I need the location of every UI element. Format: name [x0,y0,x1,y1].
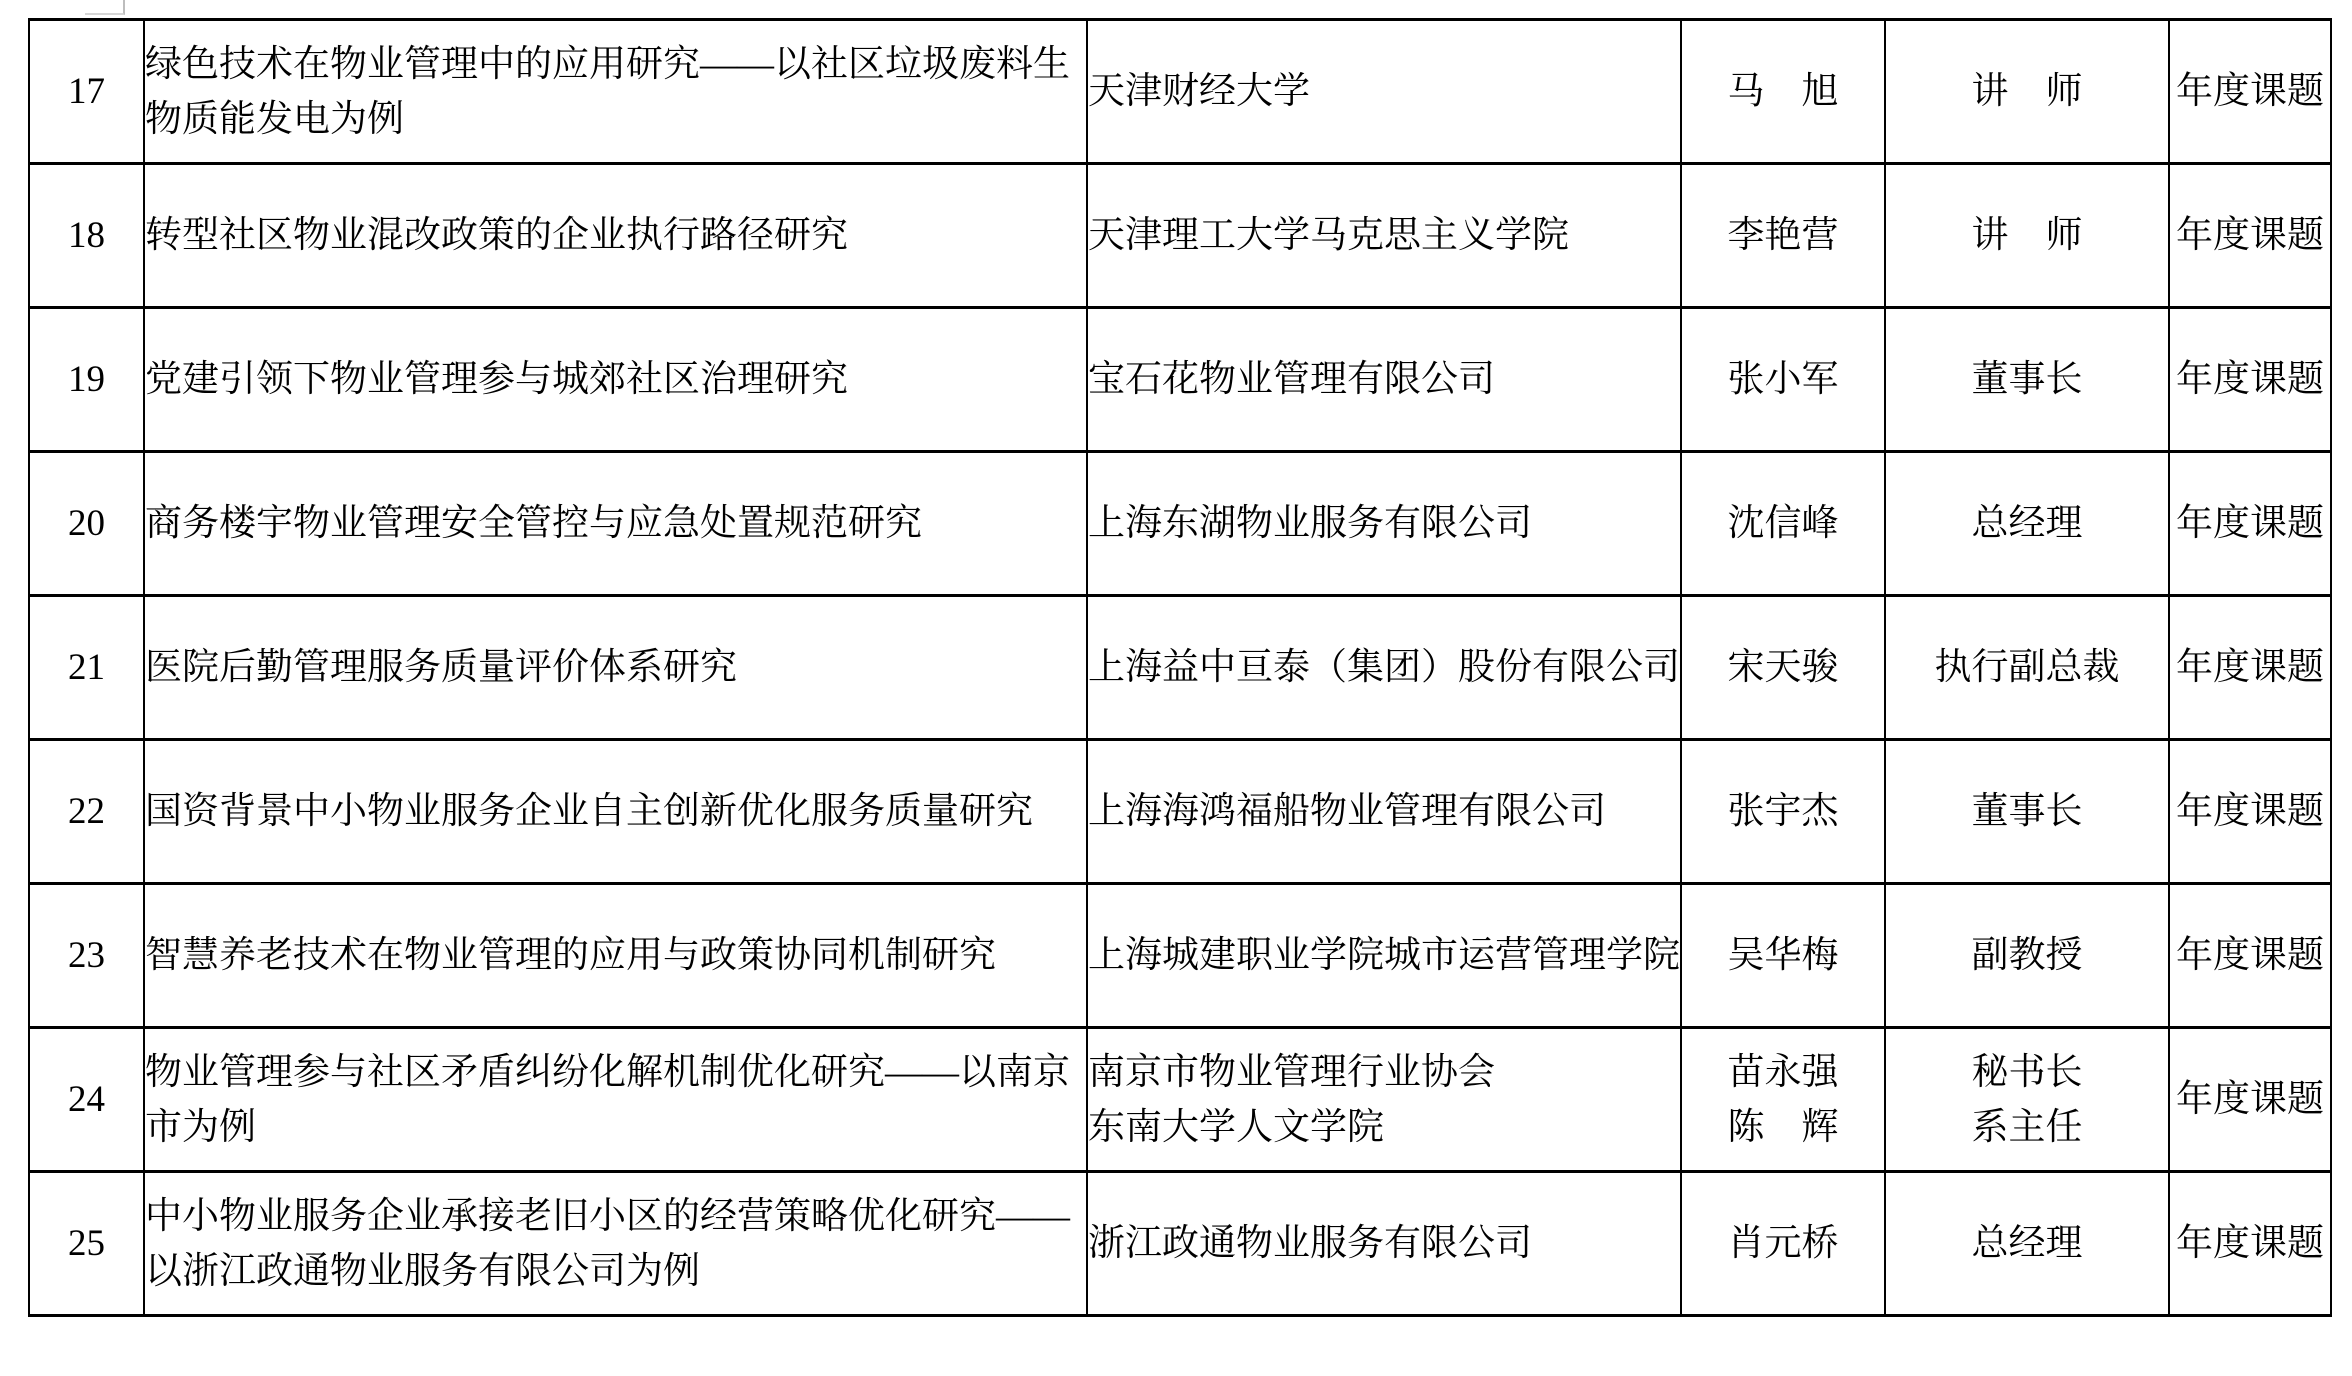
table-row: 18 转型社区物业混改政策的企业执行路径研究 天津理工大学马克思主义学院 李艳营… [29,164,2331,308]
topic-title-cell: 中小物业服务企业承接老旧小区的经营策略优化研究——以浙江政通物业服务有限公司为例 [144,1172,1087,1316]
table-row: 20 商务楼宇物业管理安全管控与应急处置规范研究 上海东湖物业服务有限公司 沈信… [29,452,2331,596]
position-cell: 总经理 [1885,1172,2169,1316]
organization-cell: 上海海鸿福船物业管理有限公司 [1087,740,1681,884]
position-cell: 总经理 [1885,452,2169,596]
row-number-cell: 22 [29,740,144,884]
row-number-cell: 25 [29,1172,144,1316]
leader-name-cell: 沈信峰 [1681,452,1885,596]
row-number-cell: 19 [29,308,144,452]
category-cell: 年度课题 [2169,740,2331,884]
organization-cell: 天津财经大学 [1087,20,1681,164]
category-cell: 年度课题 [2169,452,2331,596]
position-cell: 执行副总裁 [1885,596,2169,740]
document-page: 17 绿色技术在物业管理中的应用研究——以社区垃圾废料生物质能发电为例 天津财经… [0,0,2352,1376]
leader-name-cell: 吴华梅 [1681,884,1885,1028]
topic-title-cell: 转型社区物业混改政策的企业执行路径研究 [144,164,1087,308]
topic-title-cell: 绿色技术在物业管理中的应用研究——以社区垃圾废料生物质能发电为例 [144,20,1087,164]
category-cell: 年度课题 [2169,596,2331,740]
leader-name-cell: 肖元桥 [1681,1172,1885,1316]
category-cell: 年度课题 [2169,20,2331,164]
organization-cell: 上海城建职业学院城市运营管理学院 [1087,884,1681,1028]
leader-name-cell: 李艳营 [1681,164,1885,308]
position-cell: 董事长 [1885,308,2169,452]
topic-title-cell: 商务楼宇物业管理安全管控与应急处置规范研究 [144,452,1087,596]
leader-name-cell: 苗永强 陈 辉 [1681,1028,1885,1172]
projects-table: 17 绿色技术在物业管理中的应用研究——以社区垃圾废料生物质能发电为例 天津财经… [28,18,2332,1317]
table-row: 25 中小物业服务企业承接老旧小区的经营策略优化研究——以浙江政通物业服务有限公… [29,1172,2331,1316]
category-cell: 年度课题 [2169,308,2331,452]
table-row: 17 绿色技术在物业管理中的应用研究——以社区垃圾废料生物质能发电为例 天津财经… [29,20,2331,164]
topic-title-cell: 国资背景中小物业服务企业自主创新优化服务质量研究 [144,740,1087,884]
topic-title-cell: 智慧养老技术在物业管理的应用与政策协同机制研究 [144,884,1087,1028]
row-number-cell: 18 [29,164,144,308]
table-row: 23 智慧养老技术在物业管理的应用与政策协同机制研究 上海城建职业学院城市运营管… [29,884,2331,1028]
row-number-cell: 21 [29,596,144,740]
position-cell: 讲 师 [1885,164,2169,308]
table-row: 24 物业管理参与社区矛盾纠纷化解机制优化研究——以南京市为例 南京市物业管理行… [29,1028,2331,1172]
topic-title-cell: 物业管理参与社区矛盾纠纷化解机制优化研究——以南京市为例 [144,1028,1087,1172]
leader-name-cell: 宋天骏 [1681,596,1885,740]
table-row: 22 国资背景中小物业服务企业自主创新优化服务质量研究 上海海鸿福船物业管理有限… [29,740,2331,884]
organization-cell: 上海益中亘泰（集团）股份有限公司 [1087,596,1681,740]
category-cell: 年度课题 [2169,884,2331,1028]
row-number-cell: 23 [29,884,144,1028]
position-cell: 董事长 [1885,740,2169,884]
leader-name-cell: 马 旭 [1681,20,1885,164]
leader-name-cell: 张宇杰 [1681,740,1885,884]
category-cell: 年度课题 [2169,1172,2331,1316]
position-cell: 秘书长 系主任 [1885,1028,2169,1172]
leader-name-cell: 张小军 [1681,308,1885,452]
table-row: 21 医院后勤管理服务质量评价体系研究 上海益中亘泰（集团）股份有限公司 宋天骏… [29,596,2331,740]
organization-cell: 南京市物业管理行业协会 东南大学人文学院 [1087,1028,1681,1172]
row-number-cell: 24 [29,1028,144,1172]
position-cell: 副教授 [1885,884,2169,1028]
table-row: 19 党建引领下物业管理参与城郊社区治理研究 宝石花物业管理有限公司 张小军 董… [29,308,2331,452]
category-cell: 年度课题 [2169,1028,2331,1172]
topic-title-cell: 党建引领下物业管理参与城郊社区治理研究 [144,308,1087,452]
organization-cell: 宝石花物业管理有限公司 [1087,308,1681,452]
category-cell: 年度课题 [2169,164,2331,308]
position-cell: 讲 师 [1885,20,2169,164]
topic-title-cell: 医院后勤管理服务质量评价体系研究 [144,596,1087,740]
organization-cell: 上海东湖物业服务有限公司 [1087,452,1681,596]
row-number-cell: 17 [29,20,144,164]
organization-cell: 天津理工大学马克思主义学院 [1087,164,1681,308]
organization-cell: 浙江政通物业服务有限公司 [1087,1172,1681,1316]
page-margin-artifact [85,0,125,15]
row-number-cell: 20 [29,452,144,596]
